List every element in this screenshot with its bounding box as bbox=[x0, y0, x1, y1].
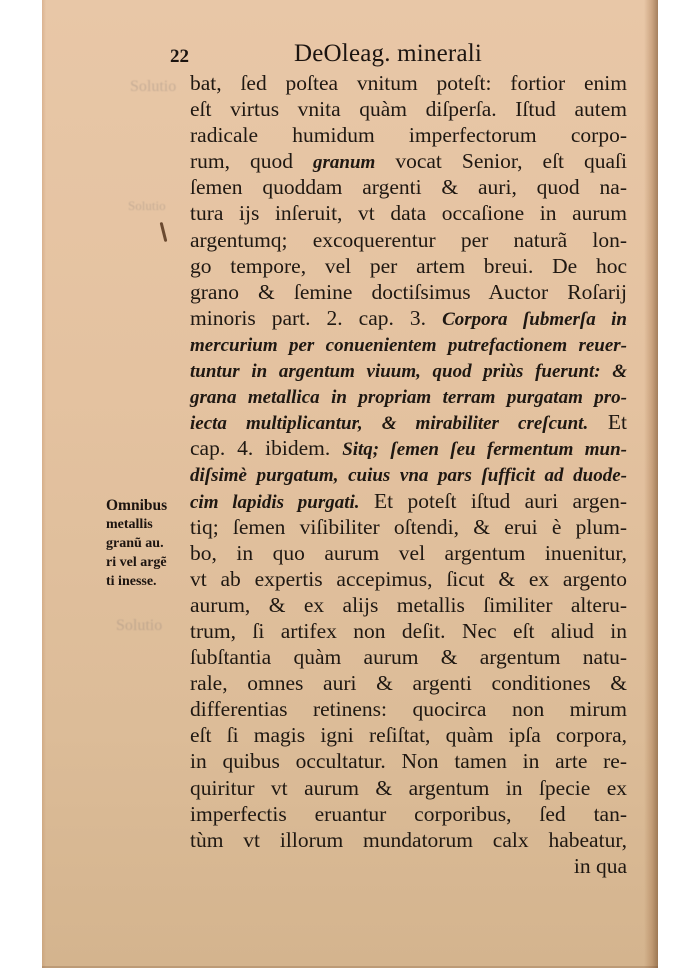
text-line: ſubſtantia quàm aurum & argentum natu- bbox=[190, 644, 627, 670]
text-run: grano & ſemine doctiſsimus Auctor Roſari… bbox=[190, 280, 627, 304]
text-line: aurum, & ex alijs metallis ſimiliter alt… bbox=[190, 592, 627, 618]
text-run: imperfectis eruantur corporibus, ſed tan… bbox=[190, 802, 627, 826]
text-run: aurum, & ex alijs metallis ſimiliter alt… bbox=[190, 593, 627, 617]
text-run: radicale humidum imperfectorum corpo- bbox=[190, 123, 627, 147]
text-run: quiritur vt aurum & argentum in ſpecie e… bbox=[190, 776, 627, 800]
body-text: bat, ſed poſtea vnitum poteſt: fortior e… bbox=[190, 70, 627, 879]
bleed-through-text: Solutio bbox=[116, 617, 162, 635]
text-line: ſemen quoddam argenti & auri, quod na- bbox=[190, 174, 627, 200]
text-line: radicale humidum imperfectorum corpo- bbox=[190, 122, 627, 148]
text-line: tura ijs inſeruit, vt data occaſione in … bbox=[190, 200, 627, 226]
text-line: vt ab expertis accepimus, ſicut & ex arg… bbox=[190, 566, 627, 592]
text-run: differentias retinens: quocirca non miru… bbox=[190, 697, 627, 721]
text-line: rale, omnes auri & argenti conditiones & bbox=[190, 670, 627, 696]
text-line: argentumq; excoquerentur per naturã lon- bbox=[190, 227, 627, 253]
text-line: tuntur in argentum viuum, quod priùs fue… bbox=[190, 357, 627, 383]
running-head: DeOleag. minerali bbox=[294, 40, 482, 68]
text-run: in qua bbox=[574, 854, 627, 878]
italic-quotation: iecta multiplicantur, & mirabiliter creſ… bbox=[190, 413, 588, 434]
margin-pen-mark bbox=[160, 222, 168, 242]
text-line: iecta multiplicantur, & mirabiliter creſ… bbox=[190, 409, 627, 435]
text-run: tiq; ſemen viſibiliter oſtendi, & erui è… bbox=[190, 515, 627, 539]
text-run: rale, omnes auri & argenti conditiones & bbox=[190, 671, 627, 695]
italic-quotation: Corpora ſubmerſa in bbox=[442, 309, 627, 330]
text-run: tura ijs inſeruit, vt data occaſione in … bbox=[190, 201, 627, 225]
text-run: bat, ſed poſtea vnitum poteſt: fortior e… bbox=[190, 71, 627, 95]
text-line: cap. 4. ibidem. Sitq; ſemen ſeu fermentu… bbox=[190, 435, 627, 461]
text-run: in quibus occultatur. Non tamen in arte … bbox=[190, 749, 627, 773]
text-line: quiritur vt aurum & argentum in ſpecie e… bbox=[190, 775, 627, 801]
text-run: tùm vt illorum mundatorum calx habeatur, bbox=[190, 828, 627, 852]
text-line: trum, ſi artifex non deſit. Nec eſt aliu… bbox=[190, 618, 627, 644]
italic-quotation: tuntur in argentum viuum, quod priùs fue… bbox=[190, 361, 627, 382]
text-line: bo, in quo aurum vel argentum inuenitur, bbox=[190, 540, 627, 566]
text-line: bat, ſed poſtea vnitum poteſt: fortior e… bbox=[190, 70, 627, 96]
text-line: imperfectis eruantur corporibus, ſed tan… bbox=[190, 801, 627, 827]
marginal-note-line: metallis bbox=[106, 515, 196, 534]
text-run: bo, in quo aurum vel argentum inuenitur, bbox=[190, 541, 627, 565]
text-line: eſt ſi magis igni reſiſtat, quàm ipſa co… bbox=[190, 722, 627, 748]
text-line: mercurium per conuenientem putrefactione… bbox=[190, 331, 627, 357]
text-line: grano & ſemine doctiſsimus Auctor Roſari… bbox=[190, 279, 627, 305]
text-run: eſt ſi magis igni reſiſtat, quàm ipſa co… bbox=[190, 723, 627, 747]
text-line: in quibus occultatur. Non tamen in arte … bbox=[190, 748, 627, 774]
text-run: Et bbox=[588, 410, 627, 434]
italic-quotation: diſsimè purgatum, cuius vna pars ſuffici… bbox=[190, 465, 627, 486]
marginal-note-line: ti inesse. bbox=[106, 572, 196, 591]
bleed-through-text: Solutio bbox=[130, 78, 176, 96]
italic-quotation: Sitq; ſemen ſeu fermentum mun- bbox=[342, 439, 627, 460]
marginal-note-line: ri vel argẽ bbox=[106, 553, 196, 572]
text-line: tiq; ſemen viſibiliter oſtendi, & erui è… bbox=[190, 514, 627, 540]
text-line: go tempore, vel per artem breui. De hoc bbox=[190, 253, 627, 279]
text-run: trum, ſi artifex non deſit. Nec eſt aliu… bbox=[190, 619, 627, 643]
text-line: diſsimè purgatum, cuius vna pars ſuffici… bbox=[190, 461, 627, 487]
text-run: Et poteſt iſtud auri argen- bbox=[360, 489, 627, 513]
book-page: Solutio Solutio Solutio 22 DeOleag. mine… bbox=[42, 0, 658, 968]
marginal-note: Omnibus metallis granũ au. ri vel argẽ t… bbox=[106, 496, 196, 591]
text-line: rum, quod granum vocat Senior, eſt quaſi bbox=[190, 148, 627, 174]
text-line: grana metallica in propriam terram purga… bbox=[190, 383, 627, 409]
page-number: 22 bbox=[170, 46, 189, 68]
text-run: vocat Senior, eſt quaſi bbox=[375, 149, 627, 173]
italic-quotation: granum bbox=[313, 152, 375, 173]
text-run: cap. 4. ibidem. bbox=[190, 436, 342, 460]
italic-quotation: cim lapidis purgati. bbox=[190, 492, 360, 513]
text-run: ſemen quoddam argenti & auri, quod na- bbox=[190, 175, 627, 199]
text-line: minoris part. 2. cap. 3. Corpora ſubmerſ… bbox=[190, 305, 627, 331]
bleed-through-text: Solutio bbox=[128, 198, 166, 214]
text-line: in qua bbox=[190, 853, 627, 879]
text-run: eſt virtus vnita quàm diſperſa. Iſtud au… bbox=[190, 97, 627, 121]
text-line: differentias retinens: quocirca non miru… bbox=[190, 696, 627, 722]
italic-quotation: grana metallica in propriam terram purga… bbox=[190, 387, 627, 408]
text-run: minoris part. 2. cap. 3. bbox=[190, 306, 442, 330]
text-line: cim lapidis purgati. Et poteſt iſtud aur… bbox=[190, 488, 627, 514]
text-run: rum, quod bbox=[190, 149, 313, 173]
marginal-note-line: Omnibus bbox=[106, 496, 196, 515]
text-line: eſt virtus vnita quàm diſperſa. Iſtud au… bbox=[190, 96, 627, 122]
text-run: ſubſtantia quàm aurum & argentum natu- bbox=[190, 645, 627, 669]
marginal-note-line: granũ au. bbox=[106, 534, 196, 553]
text-line: tùm vt illorum mundatorum calx habeatur, bbox=[190, 827, 627, 853]
text-run: go tempore, vel per artem breui. De hoc bbox=[190, 254, 627, 278]
italic-quotation: mercurium per conuenientem putrefactione… bbox=[190, 335, 627, 356]
text-run: argentumq; excoquerentur per naturã lon- bbox=[190, 228, 627, 252]
text-run: vt ab expertis accepimus, ſicut & ex arg… bbox=[190, 567, 627, 591]
